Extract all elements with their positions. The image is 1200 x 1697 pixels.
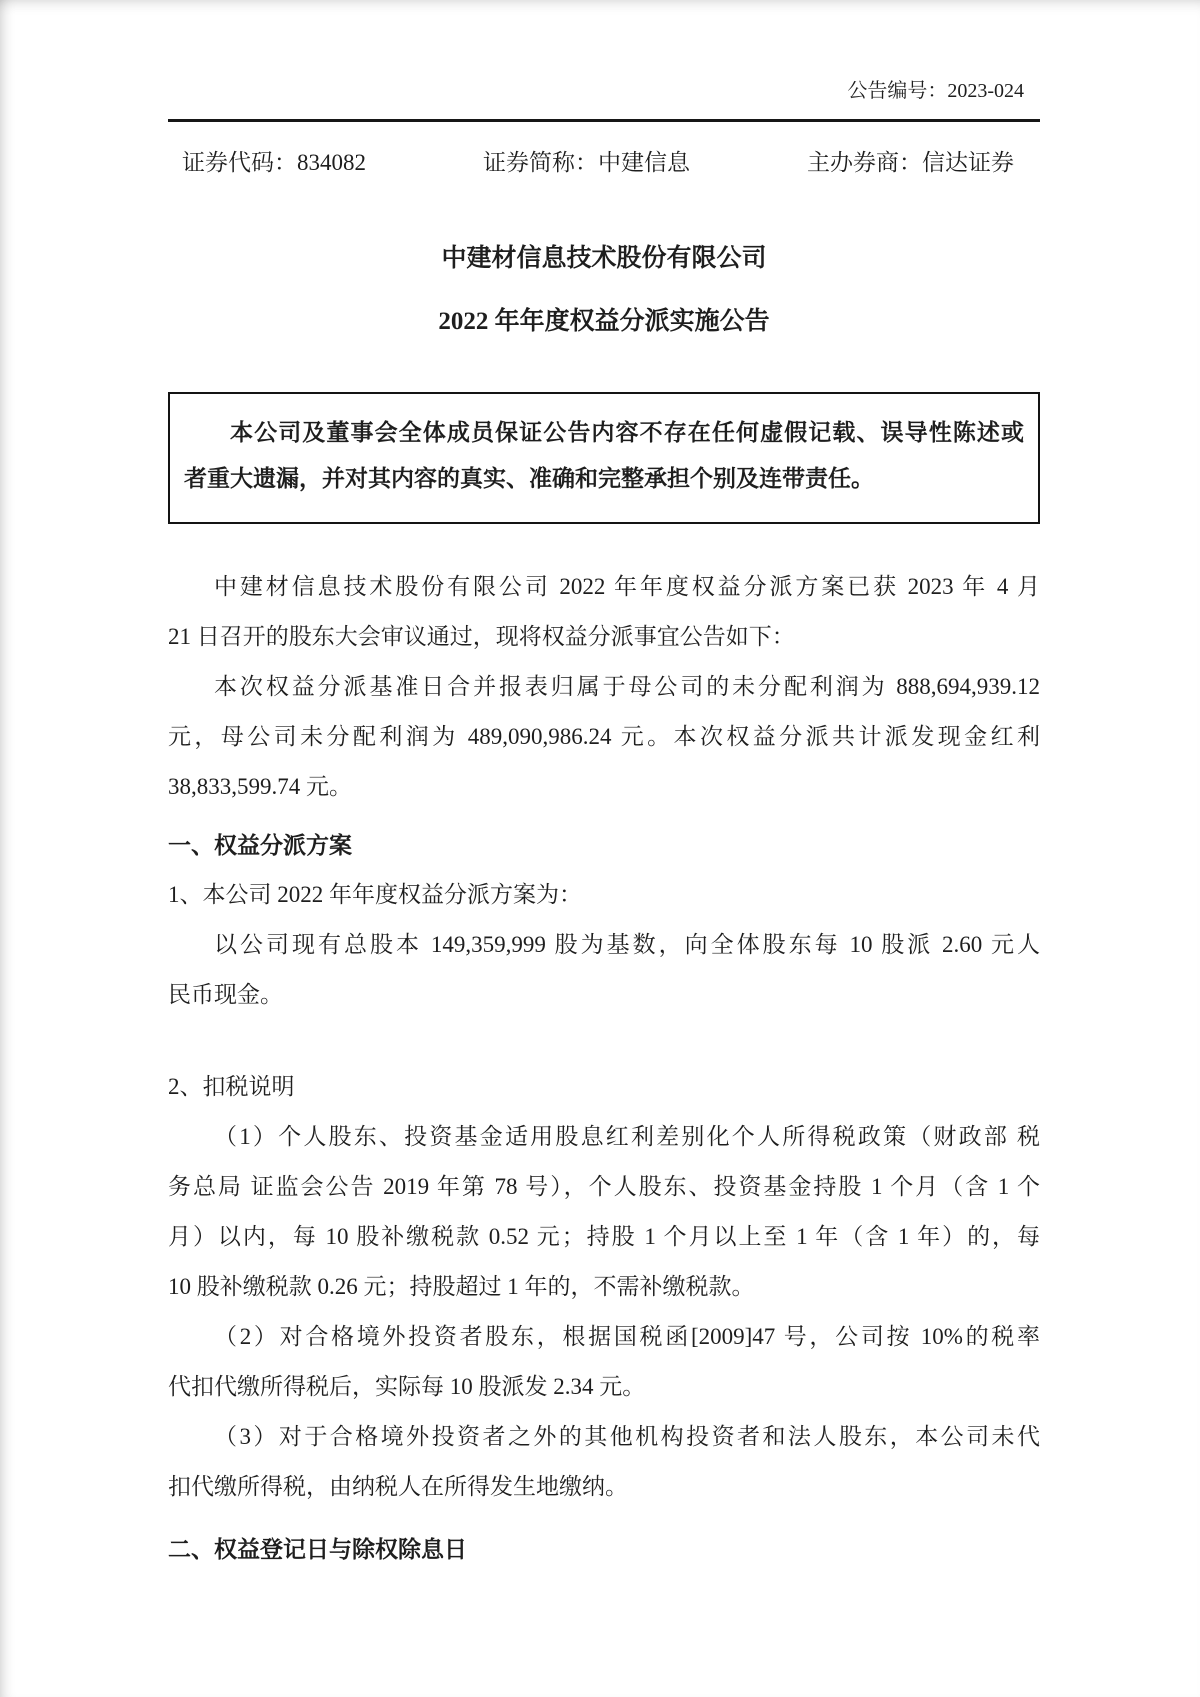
- document-body: 中建材信息技术股份有限公司 2022 年年度权益分派方案已获 2023 年 4 …: [168, 562, 1040, 1574]
- para-line: 代扣代缴所得税后，实际每 10 股派发 2.34 元。: [168, 1362, 1040, 1412]
- para-line: 扣代缴所得税，由纳税人在所得发生地缴纳。: [168, 1462, 1040, 1512]
- para-line: 民币现金。: [168, 970, 1040, 1020]
- company-name-title: 中建材信息技术股份有限公司: [168, 242, 1040, 275]
- para-line: 务总局 证监会公告 2019 年第 78 号），个人股东、投资基金持股 1 个月…: [168, 1162, 1040, 1212]
- paragraph-spacer: [168, 1020, 1040, 1062]
- disclaimer-line: 本公司及董事会全体成员保证公告内容不存在任何虚假记载、误导性陈述或: [184, 410, 1024, 456]
- para-line: 1、本公司 2022 年年度权益分派方案为：: [168, 870, 1040, 920]
- para-line: 以公司现有总股本 149,359,999 股为基数，向全体股东每 10 股派 2…: [168, 920, 1040, 970]
- stock-short-name: 证券简称：中建信息: [483, 148, 690, 178]
- para-line: （2）对合格境外投资者股东，根据国税函[2009]47 号，公司按 10%的税率: [168, 1312, 1040, 1362]
- para-line: 中建材信息技术股份有限公司 2022 年年度权益分派方案已获 2023 年 4 …: [168, 562, 1040, 612]
- para-line: 元，母公司未分配利润为 489,090,986.24 元。本次权益分派共计派发现…: [168, 712, 1040, 762]
- sponsor-broker: 主办券商：信达证券: [807, 148, 1014, 178]
- para-line: 月）以内，每 10 股补缴税款 0.52 元；持股 1 个月以上至 1 年（含 …: [168, 1212, 1040, 1262]
- announcement-number: 公告编号：2023-024: [168, 78, 1040, 104]
- section-heading-record-date: 二、权益登记日与除权除息日: [168, 1524, 1040, 1574]
- para-line: 38,833,599.74 元。: [168, 762, 1040, 812]
- para-line: 10 股补缴税款 0.26 元；持股超过 1 年的，不需补缴税款。: [168, 1262, 1040, 1312]
- securities-info-row: 证券代码：834082 证券简称：中建信息 主办券商：信达证券: [168, 148, 1040, 178]
- header-divider: [168, 119, 1040, 122]
- stock-code: 证券代码：834082: [182, 148, 366, 178]
- announcement-title: 2022 年年度权益分派实施公告: [168, 305, 1040, 338]
- para-line: 2、扣税说明: [168, 1062, 1040, 1112]
- announcement-page: 公告编号：2023-024 证券代码：834082 证券简称：中建信息 主办券商…: [0, 0, 1200, 1697]
- para-line: （3）对于合格境外投资者之外的其他机构投资者和法人股东，本公司未代: [168, 1412, 1040, 1462]
- para-line: （1）个人股东、投资基金适用股息红利差别化个人所得税政策（财政部 税: [168, 1112, 1040, 1162]
- section-heading-distribution-plan: 一、权益分派方案: [168, 820, 1040, 870]
- para-line: 21 日召开的股东大会审议通过，现将权益分派事宜公告如下：: [168, 612, 1040, 662]
- disclaimer-box: 本公司及董事会全体成员保证公告内容不存在任何虚假记载、误导性陈述或 者重大遗漏，…: [168, 392, 1040, 524]
- disclaimer-line: 者重大遗漏，并对其内容的真实、准确和完整承担个别及连带责任。: [184, 456, 1024, 502]
- para-line: 本次权益分派基准日合并报表归属于母公司的未分配利润为 888,694,939.1…: [168, 662, 1040, 712]
